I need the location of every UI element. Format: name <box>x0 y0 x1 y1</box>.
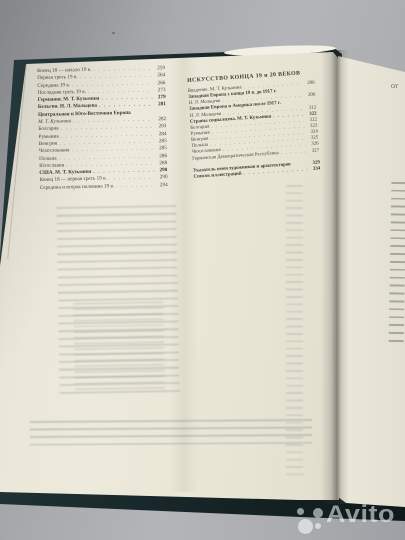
toc-entry-page-number <box>305 102 316 103</box>
dot-leader: . . . . . . . . . . . . . . . . . . . . … <box>99 102 153 109</box>
photo-scene: Конец 18 — начало 19 в.. . . . . . . . .… <box>0 0 405 540</box>
toc-entry-page-number: 279 <box>155 94 166 100</box>
toc-entry-label: Югославия <box>39 162 64 169</box>
adjacent-page-text-fragment: ОТ <box>391 84 399 90</box>
toc-entry-page-number: 326 <box>308 142 319 148</box>
bleed-through-text-right-page <box>286 185 303 475</box>
bleed-through-text-left-page-2 <box>73 299 165 393</box>
toc-entry-page-number: 296 <box>304 93 315 99</box>
toc-entry-page-number: 259 <box>154 65 165 71</box>
toc-entry-page-number: 283 <box>155 123 166 129</box>
toc-entry-page-number: 288 <box>156 160 167 166</box>
dot-leader: . . . . . . . . . . . . . . . . . . . . … <box>93 65 152 72</box>
toc-entry-page-number: 294 <box>157 182 168 188</box>
toc-entry-label: США. М. Т. Кузьмина <box>39 169 91 176</box>
toc-entry-page-number <box>304 90 315 91</box>
avito-logo-dot-large <box>298 519 313 534</box>
avito-watermark-text: Avito <box>326 501 395 529</box>
avito-logo-dot-medium <box>313 508 323 518</box>
toc-entry-page-number: 322 <box>306 111 317 117</box>
toc-entry-label: Конец 18 — начало 19 в. <box>37 67 92 74</box>
toc-entry-page-number: 264 <box>154 72 165 78</box>
toc-entry-page-number: 322 <box>306 117 317 123</box>
toc-entry-label: Польша <box>39 155 57 161</box>
toc-entry-page-number: 284 <box>155 131 166 137</box>
toc-entry-page-number: 290 <box>156 167 167 173</box>
toc-entry-label: М. Т. Кузьмина <box>38 118 71 125</box>
toc-entry-page-number: 290 <box>156 175 167 181</box>
toc-column-left: Конец 18 — начало 19 в.. . . . . . . . .… <box>37 65 168 192</box>
toc-entry-label: Первая треть 19 в. <box>37 74 78 81</box>
toc-entry-label: Чехословакия <box>39 148 70 155</box>
column-gutter-shading <box>170 58 198 492</box>
toc-entry-label: Болгария <box>38 126 58 132</box>
toc-entry-page-number: 324 <box>307 130 318 136</box>
dot-leader: . . . . . . . . . . . . . . . . . . . . … <box>88 87 153 94</box>
toc-entry-page-number: 286 <box>156 153 167 159</box>
toc-entry-page-number: 325 <box>307 136 318 142</box>
toc-entry-page-number: 285 <box>156 145 167 151</box>
toc-entry-label: Германия. М. Т. Кузьмина <box>38 96 100 103</box>
dust-speck <box>112 32 115 34</box>
toc-entry-page-number: 285 <box>156 138 167 144</box>
toc-entry-page-number: 329 <box>309 160 320 166</box>
toc-entry-page-number: 327 <box>308 148 319 154</box>
toc-entry-page-number: 334 <box>309 166 320 172</box>
toc-entry-page-number: 266 <box>154 80 165 86</box>
toc-entry-label: Венгрия <box>39 141 58 147</box>
avito-logo-dot-small-top <box>297 508 304 515</box>
toc-entry-page-number: 273 <box>154 87 165 93</box>
toc-entry-page-number: 323 <box>306 123 317 129</box>
dot-leader: . . . . . . . . . . . . . . . . . . . . … <box>109 175 155 182</box>
toc-entry-label: Бельгия. Н. Л. Мальцева <box>38 103 97 110</box>
dot-leader: . . . . . . . . . . . . . . . . . . . . … <box>116 182 155 189</box>
dot-leader: . . . . . . . . . . . . . . . . . . . . … <box>80 73 153 81</box>
book-gutter-crease-shadow <box>321 50 349 504</box>
toc-entry-label: Последняя треть 19 в. <box>37 89 86 96</box>
toc-entry-page-number: 312 <box>305 105 316 111</box>
adjacent-page-faint-text-lines <box>389 182 405 344</box>
toc-entry-page-number: 281 <box>155 102 166 108</box>
toc-right-list: Введение. М. Т. Кузьмина. . . . . . . . … <box>188 81 321 181</box>
toc-column-right: ИСКУССТВО КОНЦА 19 и 20 ВЕКОВ Введение. … <box>187 70 321 181</box>
toc-entry-page-number: 282 <box>155 116 166 122</box>
bleed-through-text-left-page <box>56 205 179 395</box>
dot-leader: . . . . . . . . . . . . . . . . . . . . … <box>101 95 152 102</box>
toc-entry-label: Середина 19 в. <box>37 82 70 89</box>
toc-entry-label: Середина и вторая половина 19 в. <box>40 183 115 191</box>
avito-logo-dot-small-right <box>315 523 321 529</box>
toc-entry-page-number: 296 <box>303 81 314 87</box>
toc-entry-label: Румыния <box>38 133 58 139</box>
dot-leader: . . . . . . . . . . . . . . . . . . . . … <box>93 168 154 175</box>
avito-watermark: Avito <box>288 500 405 538</box>
toc-entry: Середина и вторая половина 19 в.. . . . … <box>40 182 168 192</box>
dot-leader: . . . . . . . . . . . . . . . . . . . . … <box>281 149 307 156</box>
toc-entry-label: Конец 18 — первая треть 19 в. <box>39 176 106 184</box>
